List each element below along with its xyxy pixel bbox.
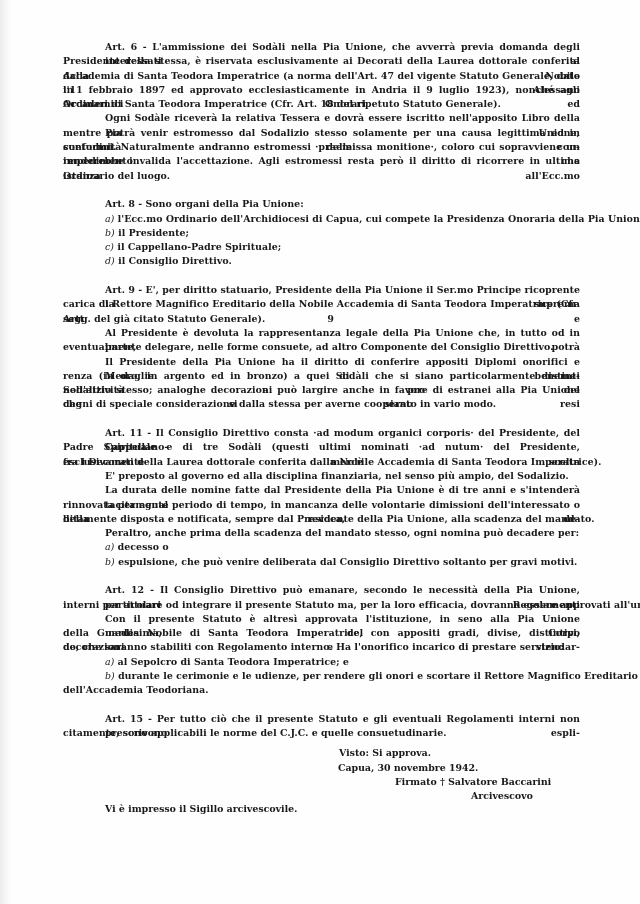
text-line: carica di Rettore Magnifico Ereditario d… xyxy=(63,298,580,312)
list-text: decesso o xyxy=(114,542,168,553)
text-line: Ogni Sodàle riceverà la relativa Tessera… xyxy=(63,112,580,126)
text-line: dell'Accademia Teodoriana. xyxy=(63,684,580,698)
text-line: E' preposto al governo ed alla disciplin… xyxy=(63,470,580,484)
list-item: d) il Consiglio Direttivo. xyxy=(63,255,580,269)
signer-title: Arcivescovo xyxy=(471,791,533,802)
text-line: Con il presente Statuto è altresì approv… xyxy=(63,613,580,627)
text-line: Il Presidente della Pia Unione ha il dir… xyxy=(63,356,580,370)
article-6: Art. 6 - L'ammissione dei Sodàli nella P… xyxy=(63,41,580,184)
paragraph-gap xyxy=(63,184,580,198)
article-heading-line: Art. 8 - Sono organi della Pia Unione: xyxy=(63,198,580,212)
article-12: Art. 12 - Il Consiglio Direttivo può ema… xyxy=(63,584,580,698)
text-line: eventualmente delegare, nelle forme cons… xyxy=(63,341,580,355)
text-line: della Guardia Nobile di Santa Teodora Im… xyxy=(63,627,580,641)
paragraph-gap xyxy=(63,570,580,584)
list-item: b) il Presidente; xyxy=(63,227,580,241)
list-marker: a) xyxy=(105,657,114,668)
text-line: fra i Decorati della Laurea dottorale co… xyxy=(63,456,580,470)
list-marker: d) xyxy=(105,256,115,267)
article-heading-line: Art. 11 - Il Consiglio Direttivo consta … xyxy=(63,427,580,441)
list-text: al Sepolcro di Santa Teodora Imperatrice… xyxy=(114,657,349,668)
list-item: a) decesso o xyxy=(63,541,580,555)
text-line: renderebbe invalida l'accettazione. Agli… xyxy=(63,155,580,169)
text-line: Peraltro, anche prima della scadenza del… xyxy=(63,527,580,541)
article-heading-line: Art. 12 - Il Consiglio Direttivo può ema… xyxy=(63,584,580,598)
paragraph-gap xyxy=(63,413,580,427)
list-item: c) il Cappellano-Padre Spirituale; xyxy=(63,241,580,255)
text-line: l'11 febbraio 1897 ed approvato ecclesia… xyxy=(63,84,580,98)
list-marker: a) xyxy=(105,214,114,225)
text-line: renza (in oro, in argento ed in bronzo) … xyxy=(63,370,580,384)
text-line: Presidente della stessa, è riservata esc… xyxy=(63,55,580,69)
article-15: Art. 15 - Per tutto ciò che il presente … xyxy=(63,713,580,742)
document-page: Art. 6 - L'ammissione dei Sodàli nella P… xyxy=(0,0,640,904)
list-item: b) espulsione, che può venire deliberata… xyxy=(63,556,580,570)
text-line: do, che saranno stabiliti con Regolament… xyxy=(63,641,580,655)
text-line: Sodalizio stesso; analoghe decorazioni p… xyxy=(63,384,580,398)
list-text: il Consiglio Direttivo. xyxy=(115,256,232,267)
list-marker: b) xyxy=(105,228,115,239)
list-text: il Presidente; xyxy=(115,228,189,239)
text-line: rinnovata per egual periodo di tempo, in… xyxy=(63,499,580,513)
text-line: suetudini. Naturalmente andranno estrome… xyxy=(63,141,580,155)
article-9: Art. 9 - E', per diritto statuario, Pres… xyxy=(63,284,580,413)
text-line: Al Presidente è devoluta la rappresentan… xyxy=(63,327,580,341)
list-marker: b) xyxy=(105,671,115,682)
article-11: Art. 11 - Il Consiglio Direttivo consta … xyxy=(63,427,580,570)
list-text: durante le cerimonie e le udienze, per r… xyxy=(115,671,638,682)
list-item: a) al Sepolcro di Santa Teodora Imperatr… xyxy=(63,656,580,670)
list-marker: b) xyxy=(105,557,115,568)
article-heading-line: Art. 9 - E', per diritto statuario, Pres… xyxy=(63,284,580,298)
text-line: Accademia di Santa Teodora Imperatrice (… xyxy=(63,70,580,84)
signed-by: Firmato † Salvatore Baccarini xyxy=(395,777,551,788)
list-text: espulsione, che può venire deliberata da… xyxy=(115,557,578,568)
text-line: bitamente disposta e notificata, sempre … xyxy=(63,513,580,527)
text-line: interni per attuare od integrare il pres… xyxy=(63,599,580,613)
text-line: Padre Spirituale e di tre Sodàli (questi… xyxy=(63,441,580,455)
list-item: b) durante le cerimonie e le udienze, pe… xyxy=(63,670,580,684)
list-item: a) l'Ecc.mo Ordinario dell'Archidiocesi … xyxy=(63,213,580,227)
article-8: Art. 8 - Sono organi della Pia Unione: a… xyxy=(63,198,580,269)
paragraph-gap xyxy=(63,270,580,284)
approval-line: Visto: Si approva. xyxy=(339,748,431,759)
article-heading-line: Art. 6 - L'ammissione dei Sodàli nella P… xyxy=(63,41,580,55)
text-line: mentre potrà venir estromesso dal Sodali… xyxy=(63,127,580,141)
statute-body: Art. 6 - L'ammissione dei Sodàli nella P… xyxy=(63,41,580,742)
list-text: l'Ecc.mo Ordinario dell'Archidiocesi di … xyxy=(114,214,640,225)
article-heading-line: Art. 15 - Per tutto ciò che il presente … xyxy=(63,713,580,727)
seal-note: Vi è impresso il Sigillo arcivescovile. xyxy=(105,804,297,815)
place-date: Capua, 30 novembre 1942. xyxy=(338,763,478,774)
list-marker: c) xyxy=(105,242,114,253)
page-edge-shadow xyxy=(0,0,14,904)
list-marker: a) xyxy=(105,542,114,553)
text-line: La durata delle nomine fatte dal Preside… xyxy=(63,484,580,498)
list-text: il Cappellano-Padre Spirituale; xyxy=(114,242,281,253)
paragraph-gap xyxy=(63,699,580,713)
